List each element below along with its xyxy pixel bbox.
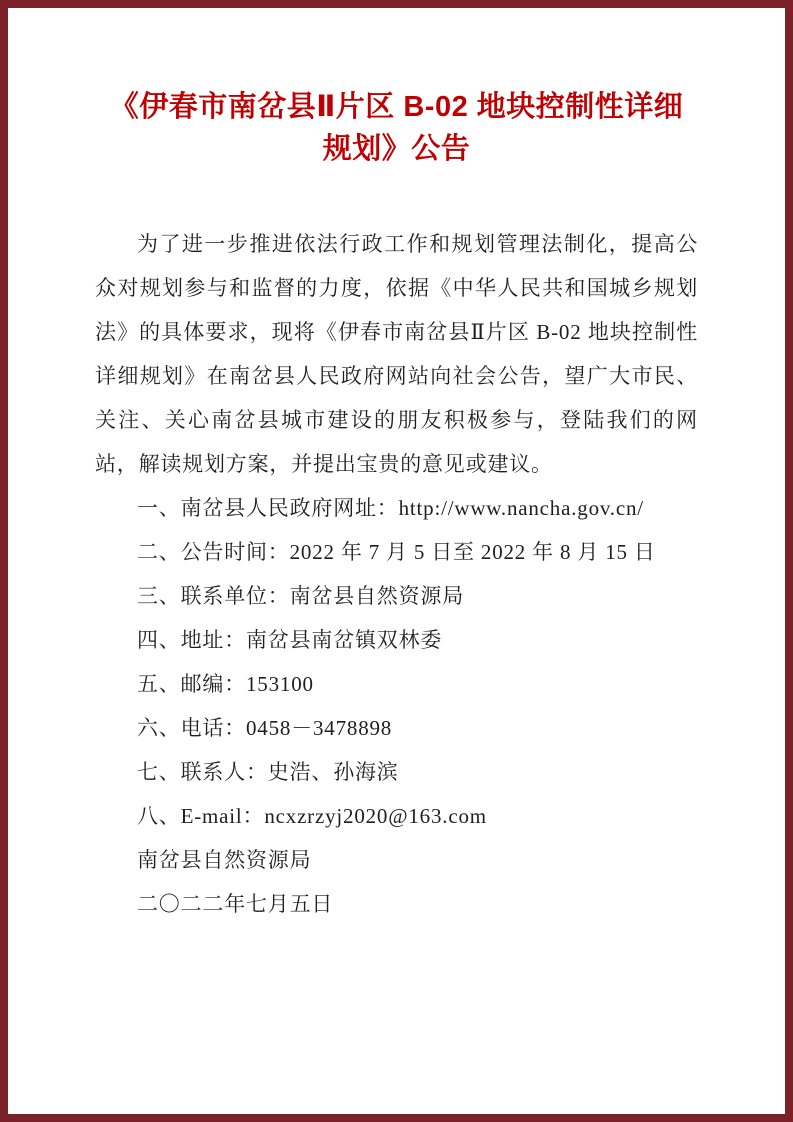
document-title: 《伊春市南岔县Ⅱ片区 B-02 地块控制性详细规划》公告 xyxy=(95,86,698,170)
list-item-postcode: 五、邮编：153100 xyxy=(95,662,698,706)
list-item-website: 一、南岔县人民政府网址：http://www.nancha.gov.cn/ xyxy=(95,486,698,530)
date-line: 二〇二二年七月五日 xyxy=(95,882,698,926)
signature-line: 南岔县自然资源局 xyxy=(95,838,698,882)
list-item-contact-unit: 三、联系单位：南岔县自然资源局 xyxy=(95,574,698,618)
list-item-announcement-period: 二、公告时间：2022 年 7 月 5 日至 2022 年 8 月 15 日 xyxy=(95,530,698,574)
list-item-contact-person: 七、联系人：史浩、孙海滨 xyxy=(95,750,698,794)
document-body: 为了进一步推进依法行政工作和规划管理法制化，提高公众对规划参与和监督的力度，依据… xyxy=(95,222,698,926)
list-item-email: 八、E-mail：ncxzrzyj2020@163.com xyxy=(95,794,698,838)
announcement-page: 《伊春市南岔县Ⅱ片区 B-02 地块控制性详细规划》公告 为了进一步推进依法行政… xyxy=(0,0,793,1122)
list-item-phone: 六、电话：0458－3478898 xyxy=(95,706,698,750)
announcement-paragraph: 为了进一步推进依法行政工作和规划管理法制化，提高公众对规划参与和监督的力度，依据… xyxy=(95,222,698,486)
list-item-address: 四、地址：南岔县南岔镇双林委 xyxy=(95,618,698,662)
